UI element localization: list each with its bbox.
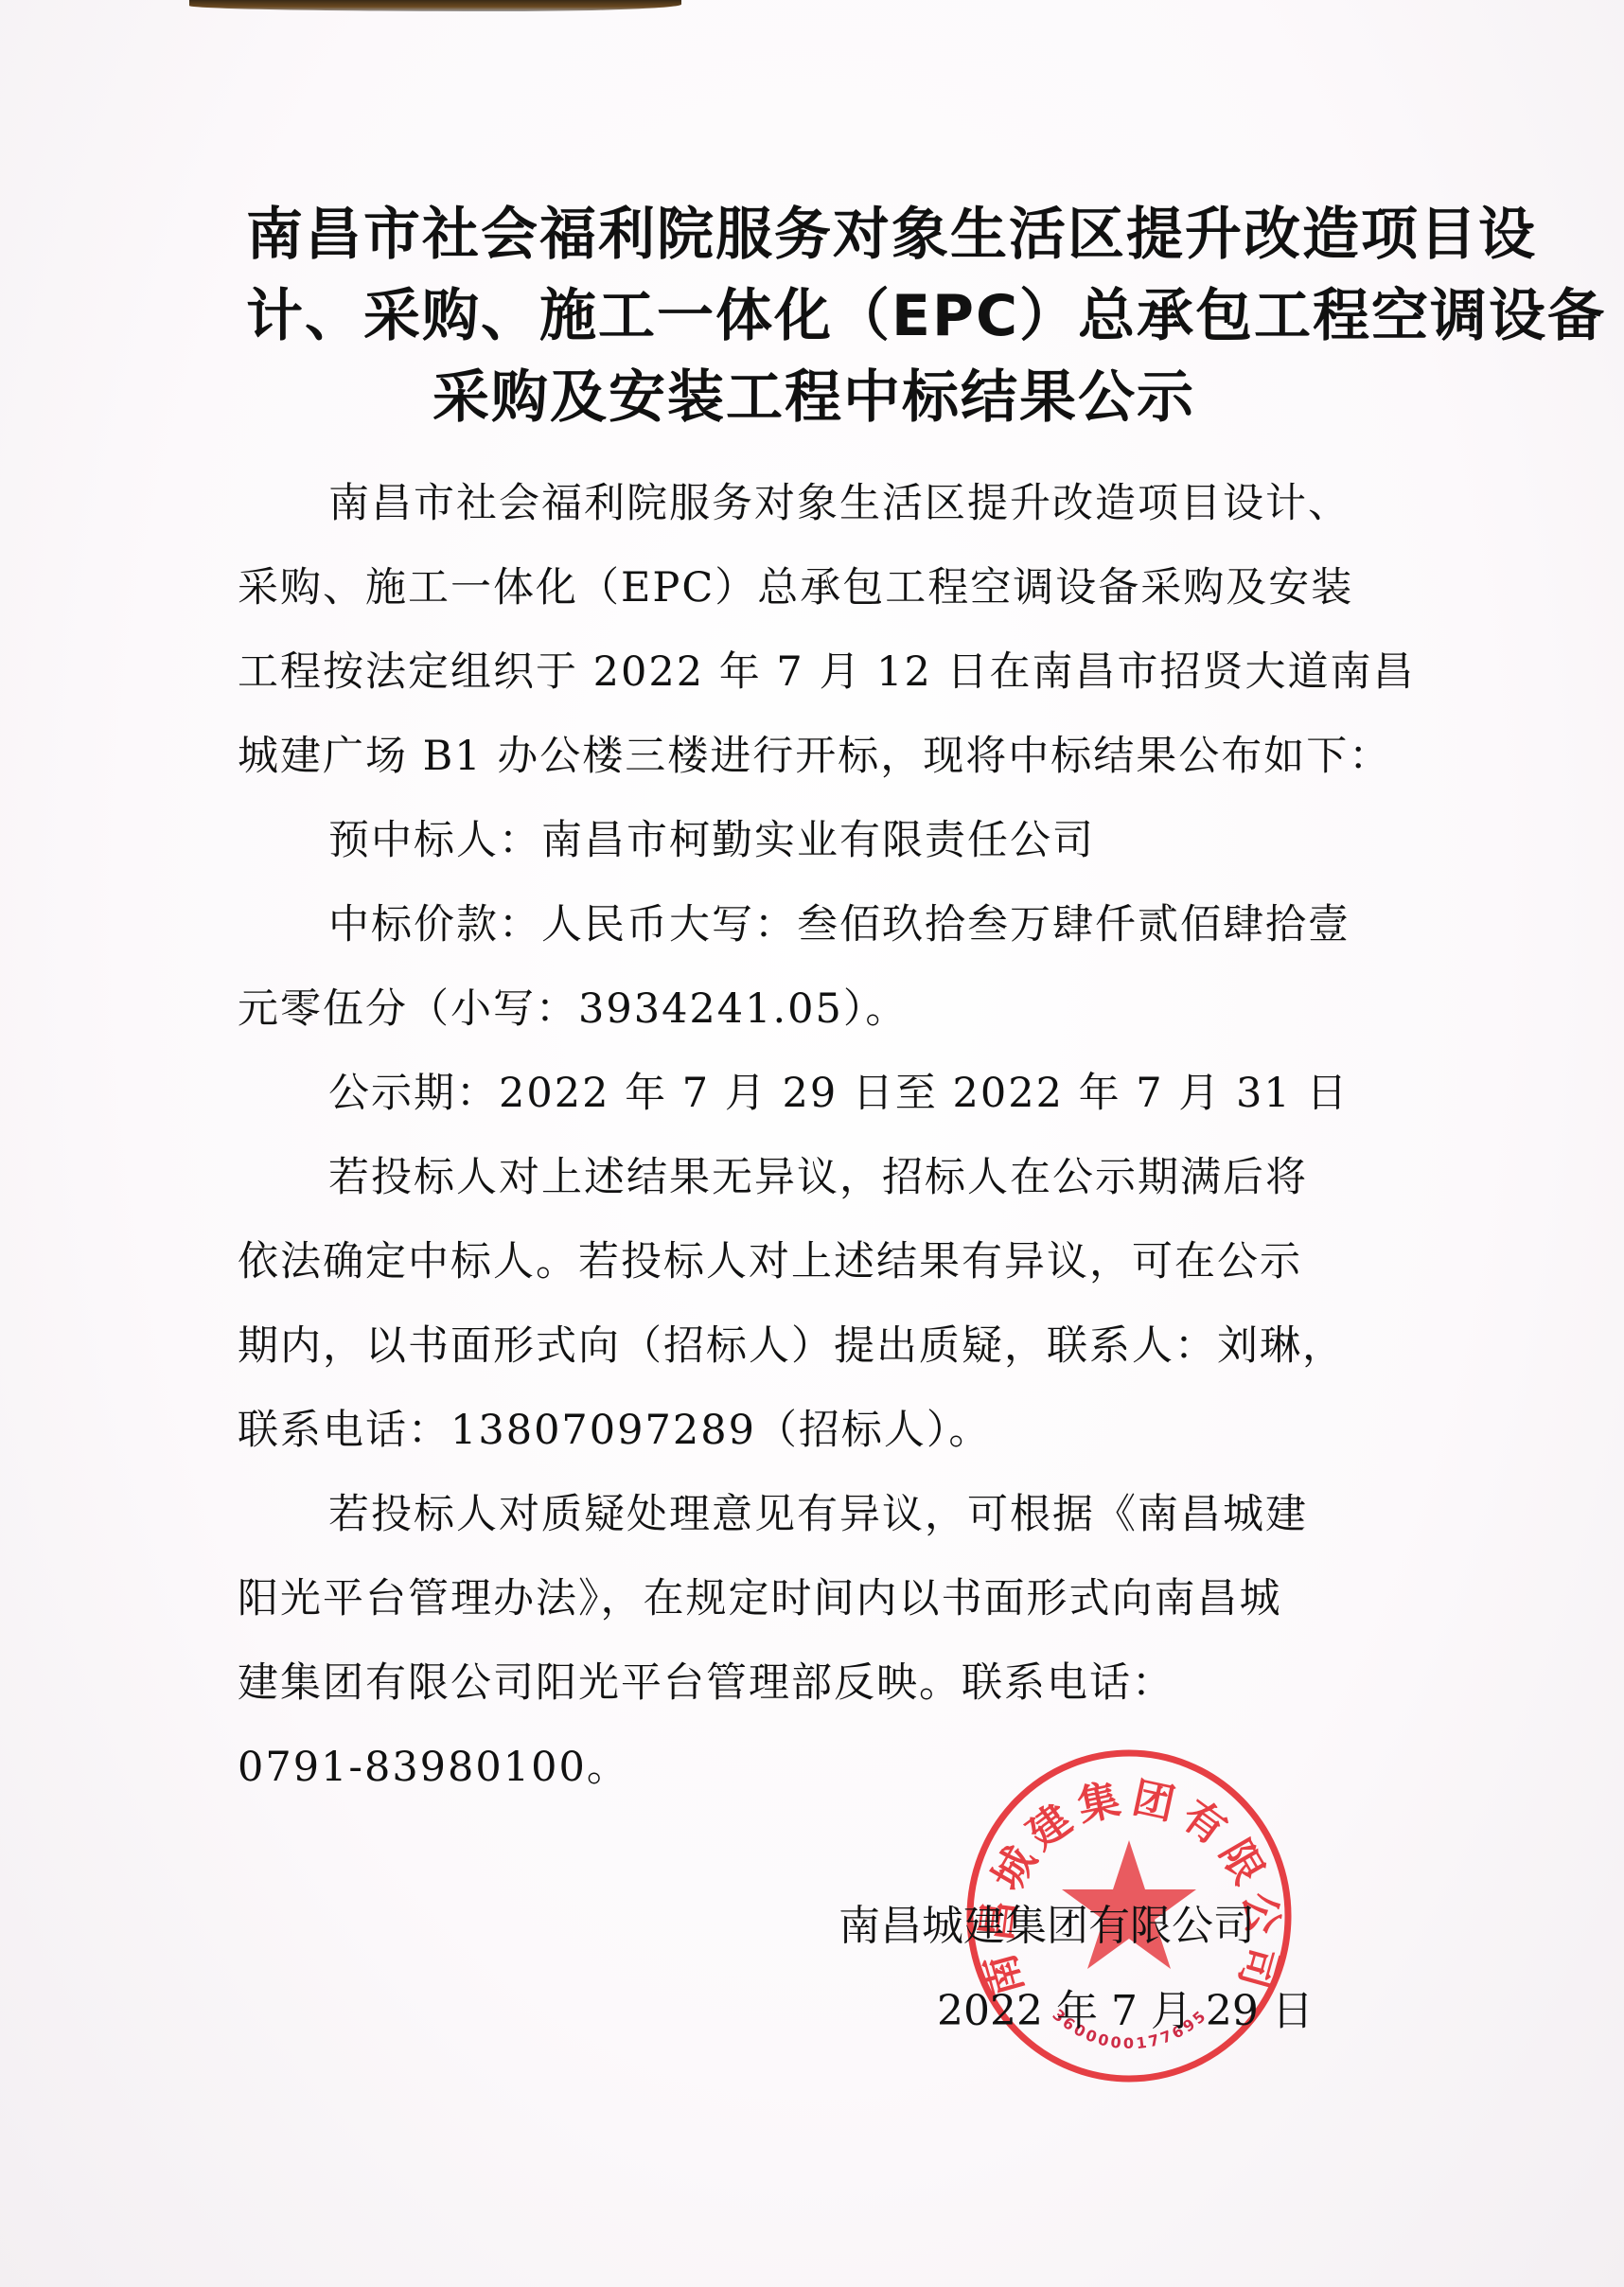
document-title: 南昌市社会福利院服务对象生活区提升改造项目设 计、采购、施工一体化（EPC）总承… <box>246 194 1382 438</box>
body-line: 城建广场 B1 办公楼三楼进行开标，现将中标结果公布如下： <box>238 715 1383 799</box>
body-line: 工程按法定组织于 2022 年 7 月 12 日在南昌市招贤大道南昌 <box>238 630 1383 715</box>
contact-line: 联系电话：13807097289（招标人）。 <box>238 1389 1383 1473</box>
body-line: 南昌市社会福利院服务对象生活区提升改造项目设计、 <box>238 462 1383 546</box>
publicity-period-line: 公示期：2022 年 7 月 29 日至 2022 年 7 月 31 日 <box>238 1052 1383 1136</box>
body-line: 采购、施工一体化（EPC）总承包工程空调设备采购及安装 <box>238 546 1383 630</box>
body-line: 建集团有限公司阳光平台管理部反映。联系电话： <box>238 1641 1383 1726</box>
winning-bidder-line: 预中标人：南昌市柯勤实业有限责任公司 <box>238 799 1383 883</box>
bid-price-line: 中标价款：人民币大写：叁佰玖拾叁万肆仟贰佰肆拾壹 <box>238 883 1383 967</box>
body-line: 依法确定中标人。若投标人对上述结果有异议，可在公示 <box>238 1220 1383 1304</box>
signature-organization: 南昌城建集团有限公司 <box>838 1884 1255 1969</box>
title-line: 计、采购、施工一体化（EPC）总承包工程空调设备 <box>246 275 1382 357</box>
bid-price-line: 元零伍分（小写：3934241.05）。 <box>238 967 1383 1052</box>
body-line: 阳光平台管理办法》，在规定时间内以书面形式向南昌城 <box>238 1557 1383 1641</box>
document-body: 南昌市社会福利院服务对象生活区提升改造项目设计、 采购、施工一体化（EPC）总承… <box>238 462 1383 1810</box>
title-line: 南昌市社会福利院服务对象生活区提升改造项目设 <box>246 194 1382 275</box>
body-line: 若投标人对上述结果无异议，招标人在公示期满后将 <box>238 1136 1383 1220</box>
body-line: 若投标人对质疑处理意见有异议，可根据《南昌城建 <box>238 1473 1383 1557</box>
signature-date: 2022 年 7 月 29 日 <box>937 1969 1314 2054</box>
title-line: 采购及安装工程中标结果公示 <box>246 357 1382 438</box>
body-line: 期内，以书面形式向（招标人）提出质疑，联系人：刘琳， <box>238 1304 1383 1389</box>
